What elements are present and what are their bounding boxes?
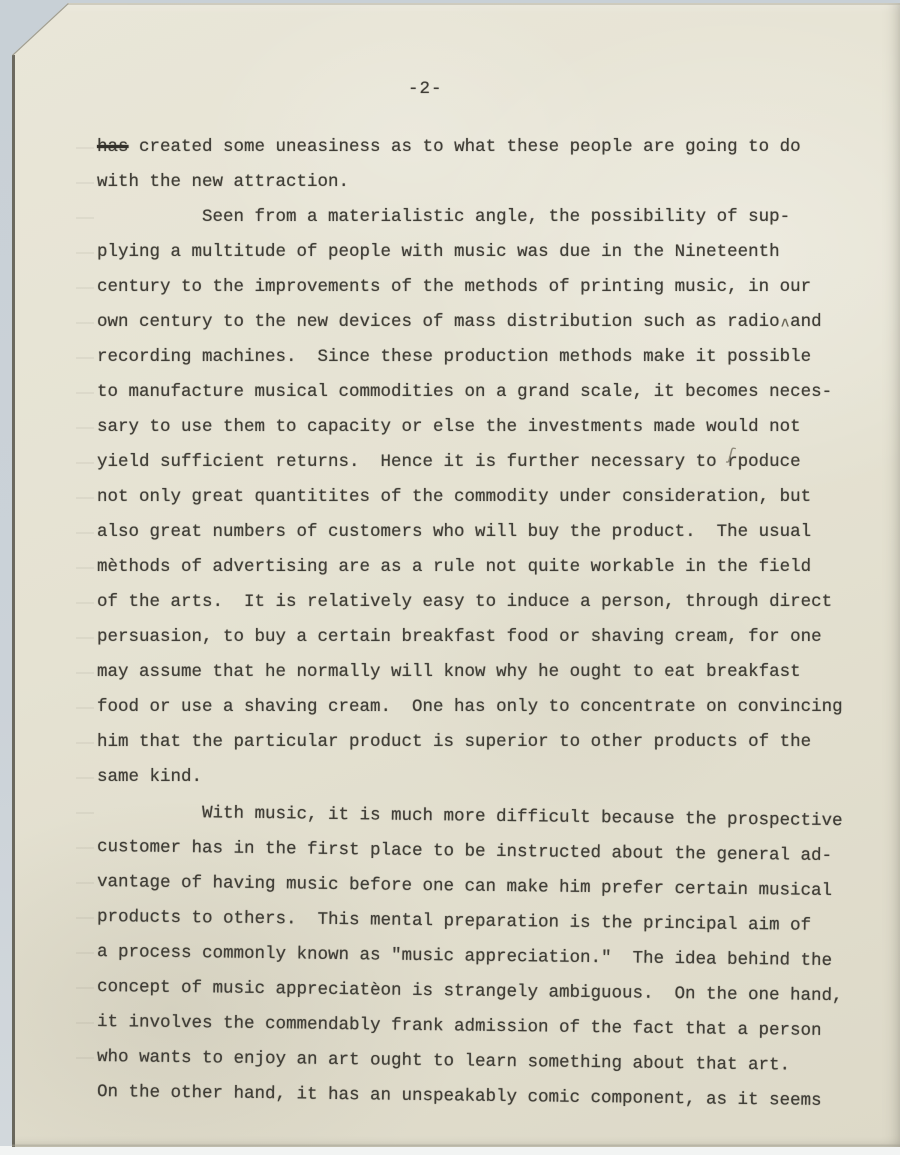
text-segment: created some uneasiness as to what these… [129,137,801,157]
text-segment: who wants to enjoy an art ought to learn… [97,1047,790,1075]
page-number: -2- [408,79,443,99]
text-segment: food or use a shaving cream. One has onl… [97,697,843,717]
text-segment: On the other hand, it has an unspeakably… [97,1082,822,1111]
typewritten-line: yield sufficient returns. Hence it is fu… [97,445,887,480]
text-segment: persuasion, to buy a certain breakfast f… [97,627,822,647]
typewritten-line: persuasion, to buy a certain breakfast f… [97,620,887,655]
text-segment: yield sufficient returns. Hence it is fu… [97,452,727,472]
text-segment: to manufacture musical commodities on a … [97,382,832,402]
typewritten-line: plying a multitude of people with music … [97,235,887,270]
text-segment: him that the particular product is super… [97,732,811,752]
typewritten-text: has created some uneasiness as to what t… [97,130,887,1110]
text-segment: recording machines. Since these producti… [97,347,811,367]
typewritten-line: to manufacture musical commodities on a … [97,375,887,410]
insertion-caret-mark: ^ [781,310,789,345]
typewritten-line: same kind. [97,760,887,795]
typewritten-line: with the new attraction. [97,165,887,200]
document-page: -2- has created some uneasiness as to wh… [12,3,900,1147]
typewritten-line: also great numbers of customers who will… [97,515,887,550]
typewritten-line: may assume that he normally will know wh… [97,655,887,690]
typewritten-line: food or use a shaving cream. One has onl… [97,690,887,725]
text-segment: mèthods of advertising are as a rule not… [97,557,811,577]
transposition-marked-word: rpoduce [727,452,801,472]
text-segment: may assume that he normally will know wh… [97,662,801,682]
typewritten-line: sary to use them to capacity or else the… [97,410,887,445]
text-segment: with the new attraction. [97,172,349,192]
typewritten-line: Seen from a materialistic angle, the pos… [97,200,887,235]
text-segment: a process commonly known as "music appre… [97,942,832,971]
text-segment: products to others. This mental preparat… [97,907,811,936]
text-segment: and [790,312,822,332]
text-segment: With music, it is much more difficult be… [97,802,843,831]
typewritten-line: him that the particular product is super… [97,725,887,760]
text-segment: own century to the new devices of mass d… [97,312,780,332]
text-segment: concept of music appreciatèon is strange… [97,977,843,1006]
margin-ghost-marks [76,133,94,1078]
text-segment: plying a multitude of people with music … [97,242,780,262]
typewritten-line: has created some uneasiness as to what t… [97,130,887,165]
text-segment: century to the improvements of the metho… [97,277,811,297]
text-segment: same kind. [97,767,202,787]
text-segment: vantage of having music before one can m… [97,872,832,901]
text-segment: it involves the commendably frank admiss… [97,1012,822,1041]
typewritten-line: of the arts. It is relatively easy to in… [97,585,887,620]
typewritten-line: recording machines. Since these producti… [97,340,887,375]
text-segment: not only great quantitites of the commod… [97,487,811,507]
strikethrough-word: has [97,137,129,157]
typewritten-line: not only great quantitites of the commod… [97,480,887,515]
text-segment: sary to use them to capacity or else the… [97,417,801,437]
text-segment: customer has in the first place to be in… [97,837,832,866]
document-scan: -2- has created some uneasiness as to wh… [0,0,900,1155]
typewritten-line: mèthods of advertising are as a rule not… [97,550,887,585]
typewritten-line: own century to the new devices of mass d… [97,305,887,340]
scan-background-bottom [0,1146,900,1155]
text-segment: also great numbers of customers who will… [97,522,811,542]
text-segment: of the arts. It is relatively easy to in… [97,592,832,612]
text-segment: Seen from a materialistic angle, the pos… [97,207,790,227]
typewritten-line: century to the improvements of the metho… [97,270,887,305]
